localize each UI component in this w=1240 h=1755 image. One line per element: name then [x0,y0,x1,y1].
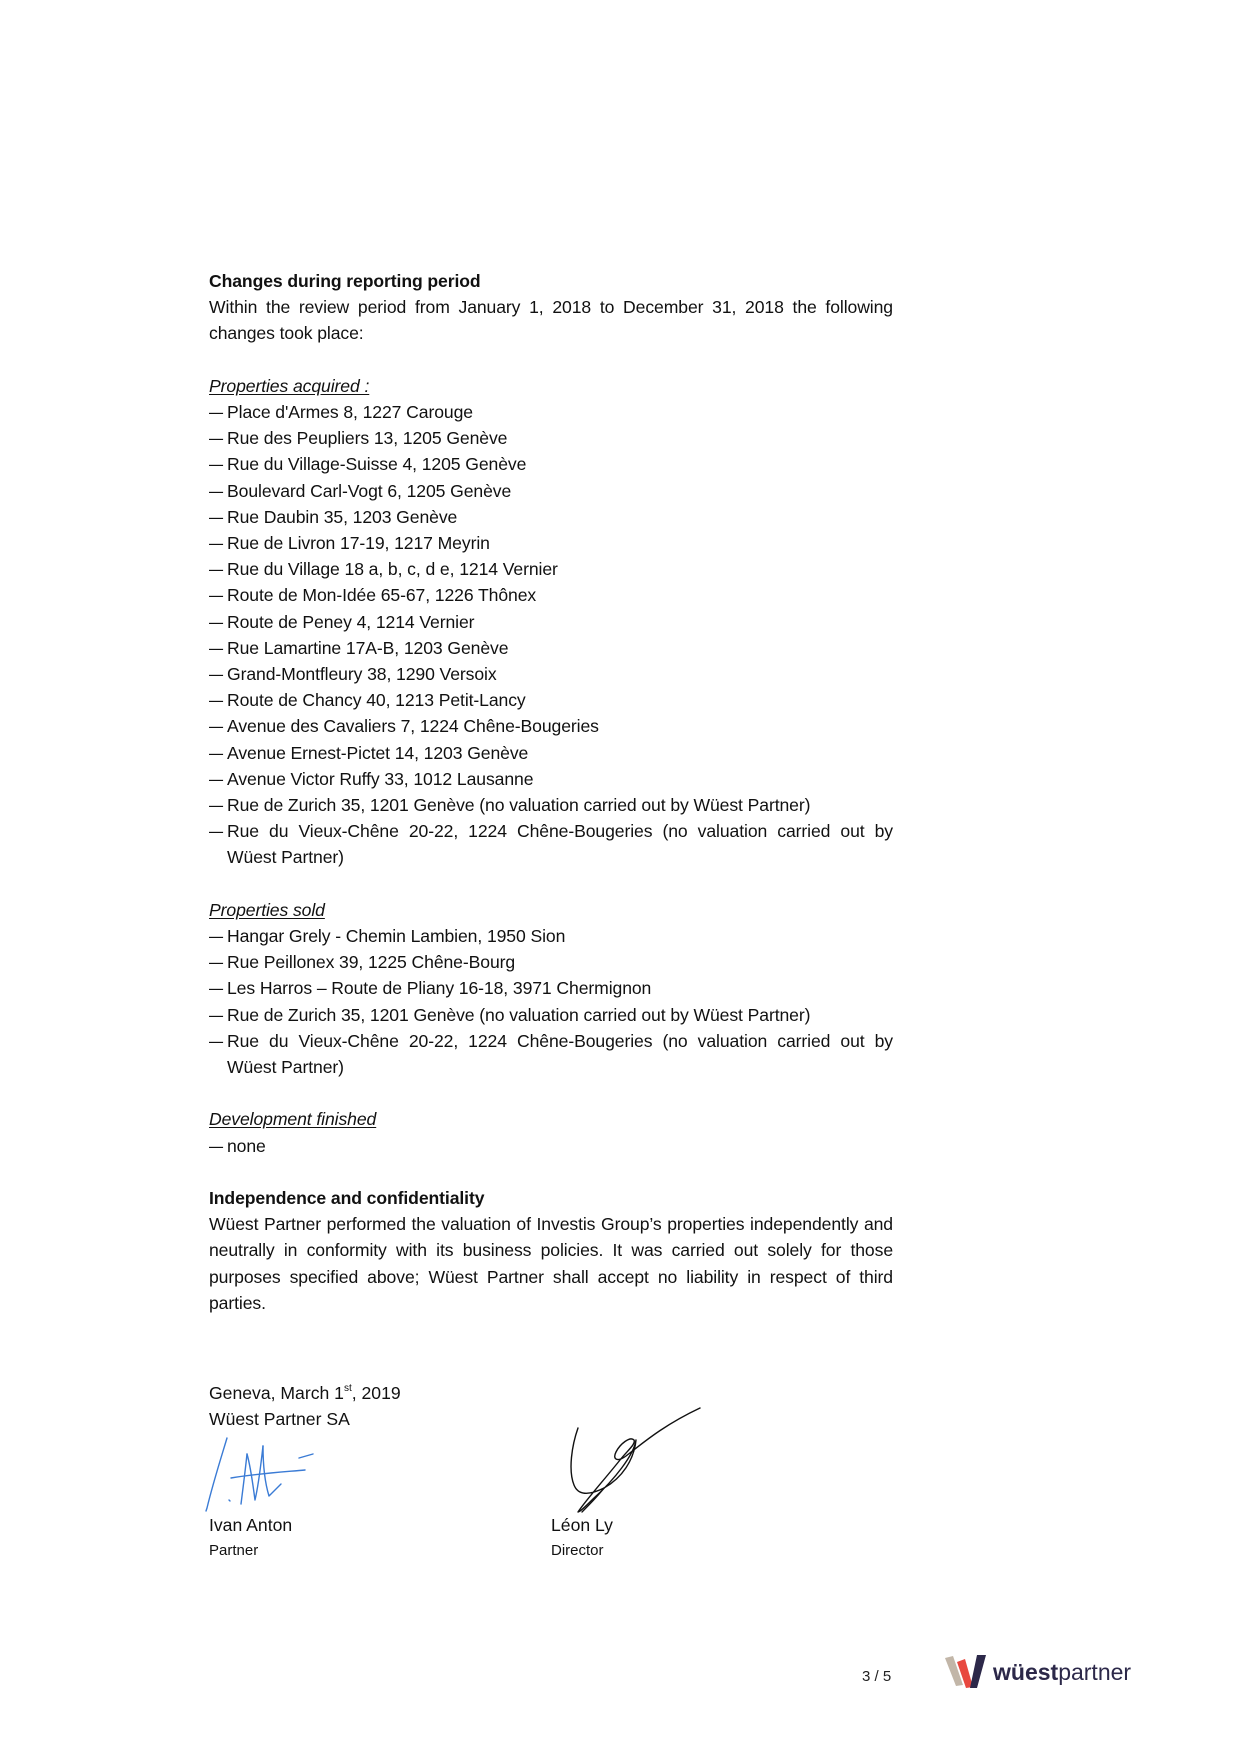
list-item: Rue de Zurich 35, 1201 Genève (no valuat… [209,792,893,818]
signature-leon-ly [564,1400,704,1520]
logo-wordmark: wüestpartner [993,1661,1131,1684]
list-item: Rue du Vieux-Chêne 20-22, 1224 Chêne-Bou… [209,1028,893,1080]
signer-role: Director [551,1538,613,1564]
signer-name: Ivan Anton [209,1512,292,1538]
wuest-partner-logo: wüestpartner [945,1654,1131,1690]
signer-name: Léon Ly [551,1512,613,1538]
signer-role: Partner [209,1538,292,1564]
list-item: Avenue des Cavaliers 7, 1224 Chêne-Bouge… [209,713,893,739]
signature-ivan-anton [203,1428,333,1518]
sold-subheading: Properties sold [209,897,893,923]
place-date-text: Geneva, March 1 [209,1383,344,1403]
list-item: Hangar Grely - Chemin Lambien, 1950 Sion [209,923,893,949]
list-item: Rue Lamartine 17A-B, 1203 Genève [209,635,893,661]
spacer [209,347,893,373]
independence-heading: Independence and confidentiality [209,1185,893,1211]
changes-heading: Changes during reporting period [209,268,893,294]
list-item: Rue du Village-Suisse 4, 1205 Genève [209,451,893,477]
list-item: Rue du Vieux-Chêne 20-22, 1224 Chêne-Bou… [209,818,893,870]
list-item: Grand-Montfleury 38, 1290 Versoix [209,661,893,687]
spacer [209,1080,893,1106]
list-item: Route de Chancy 40, 1213 Petit-Lancy [209,687,893,713]
main-content: Changes during reporting period Within t… [209,268,893,1316]
list-item: Rue Daubin 35, 1203 Genève [209,504,893,530]
list-item: Rue du Village 18 a, b, c, d e, 1214 Ver… [209,556,893,582]
list-item: Route de Peney 4, 1214 Vernier [209,609,893,635]
list-item: Rue Peillonex 39, 1225 Chêne-Bourg [209,949,893,975]
acquired-subheading: Properties acquired : [209,373,893,399]
place-date-year: , 2019 [352,1383,401,1403]
list-item: none [209,1133,893,1159]
list-item: Route de Mon-Idée 65-67, 1226 Thônex [209,582,893,608]
signer-ivan-anton: Ivan Anton Partner [209,1512,292,1564]
list-item: Rue de Livron 17-19, 1217 Meyrin [209,530,893,556]
development-subheading: Development finished [209,1106,893,1132]
development-list: none [209,1133,893,1159]
logo-wordmark-regular: partner [1058,1659,1131,1685]
logo-mark-icon [945,1655,987,1689]
document-page: Changes during reporting period Within t… [0,0,1240,1755]
list-item: Boulevard Carl-Vogt 6, 1205 Genève [209,478,893,504]
date-ordinal: st [344,1383,352,1394]
logo-wordmark-bold: wüest [993,1659,1058,1685]
place-date: Geneva, March 1st, 2019 [209,1380,909,1406]
acquired-list: Place d'Armes 8, 1227 CarougeRue des Peu… [209,399,893,871]
signature-block: Geneva, March 1st, 2019 Wüest Partner SA… [209,1380,909,1580]
list-item: Les Harros – Route de Pliany 16-18, 3971… [209,975,893,1001]
changes-intro: Within the review period from January 1,… [209,294,893,346]
spacer [209,1159,893,1185]
list-item: Place d'Armes 8, 1227 Carouge [209,399,893,425]
signer-leon-ly: Léon Ly Director [551,1512,613,1564]
sold-list: Hangar Grely - Chemin Lambien, 1950 Sion… [209,923,893,1080]
list-item: Rue des Peupliers 13, 1205 Genève [209,425,893,451]
page-indicator: 3 / 5 [862,1668,891,1685]
list-item: Avenue Victor Ruffy 33, 1012 Lausanne [209,766,893,792]
list-item: Avenue Ernest-Pictet 14, 1203 Genève [209,740,893,766]
independence-body: Wüest Partner performed the valuation of… [209,1211,893,1316]
list-item: Rue de Zurich 35, 1201 Genève (no valuat… [209,1002,893,1028]
spacer [209,871,893,897]
